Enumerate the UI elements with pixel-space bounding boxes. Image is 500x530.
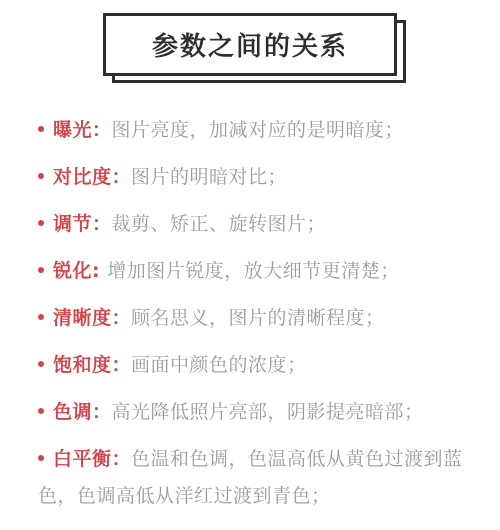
list-item: 白平衡：色温和色调，色温高低从黄色过渡到蓝色，色调高低从洋红过渡到青色；	[38, 441, 472, 515]
list-item: 锐化: 增加图片锐度，放大细节更清楚；	[38, 253, 472, 290]
list-item: 色调：高光降低照片亮部，阴影提亮暗部；	[38, 394, 472, 431]
term-label: 锐化:	[53, 260, 107, 282]
list-item: 对比度：图片的明暗对比；	[38, 159, 472, 196]
page-title: 参数之间的关系	[152, 26, 348, 63]
term-label: 白平衡：	[53, 448, 131, 470]
term-label: 调节：	[53, 213, 112, 235]
term-description: 图片的明暗对比；	[131, 166, 287, 188]
term-label: 清晰度：	[53, 307, 131, 329]
term-description: 高光降低照片亮部，阴影提亮暗部；	[112, 401, 424, 423]
term-label: 曝光：	[53, 119, 112, 141]
bullet-icon	[38, 173, 44, 179]
term-label: 饱和度：	[53, 354, 131, 376]
bullet-icon	[38, 314, 44, 320]
list-item: 清晰度：顾名思义，图片的清晰程度；	[38, 300, 472, 337]
term-description: 顾名思义，图片的清晰程度；	[131, 307, 385, 329]
list-item: 曝光：图片亮度，加减对应的是明暗度；	[38, 112, 472, 149]
bullet-icon	[38, 267, 44, 273]
term-description: 图片亮度，加减对应的是明暗度；	[112, 119, 405, 141]
term-description: 画面中颜色的浓度；	[131, 354, 307, 376]
list-item: 调节：裁剪、矫正、旋转图片；	[38, 206, 472, 243]
list-item: 饱和度：画面中颜色的浓度；	[38, 347, 472, 384]
term-label: 色调：	[53, 401, 112, 423]
bullet-icon	[38, 220, 44, 226]
bullet-icon	[38, 126, 44, 132]
title-card-border-box: 参数之间的关系	[103, 13, 397, 76]
term-description: 裁剪、矫正、旋转图片；	[112, 213, 327, 235]
term-label: 对比度：	[53, 166, 131, 188]
bullet-icon	[38, 408, 44, 414]
bullet-icon	[38, 361, 44, 367]
bullet-icon	[38, 455, 44, 461]
term-description: 增加图片锐度，放大细节更清楚；	[107, 260, 400, 282]
title-card: 参数之间的关系	[103, 13, 397, 76]
parameter-list: 曝光：图片亮度，加减对应的是明暗度； 对比度：图片的明暗对比； 调节：裁剪、矫正…	[0, 112, 500, 515]
